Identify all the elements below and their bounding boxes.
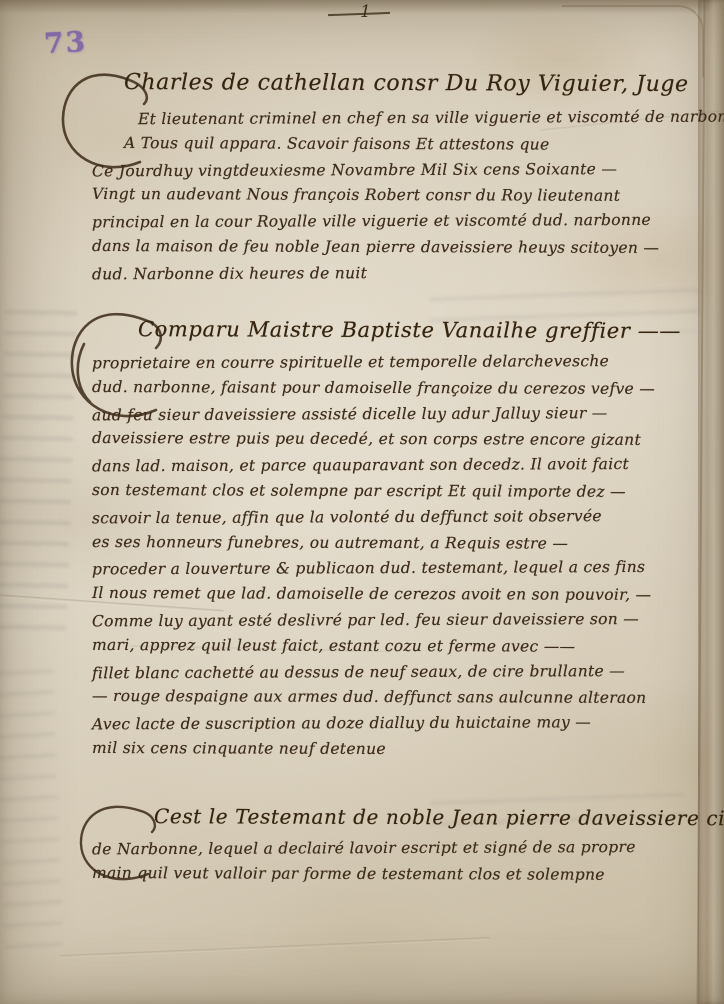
folio-number: 1 [328, 0, 398, 26]
manuscript-line: Il nous remet que lad. damoiselle de cer… [92, 581, 698, 609]
manuscript-line: Cest le Testemant de noble Jean pierre d… [92, 797, 698, 837]
manuscript-line: son testemant clos et solempne par escri… [92, 478, 698, 506]
fold-crease [60, 937, 490, 958]
manuscript-line: main quil veut valloir par forme de test… [92, 861, 698, 889]
manuscript-line: dans la maison de feu noble Jean pierre … [92, 234, 698, 262]
manuscript-line: — rouge despaigne aux armes dud. deffunc… [92, 684, 698, 712]
right-page-edge [698, 0, 724, 1004]
manuscript-scan-page: 73 1 Charles de cathellan consr Du Roy V… [0, 0, 724, 1004]
manuscript-line: mil six cens cinquante neuf detenue [92, 736, 698, 764]
manuscript-line: aud feu sieur daveissiere assisté dicell… [92, 400, 698, 428]
manuscript-line: Comparu Maistre Baptiste Vanailhe greffi… [92, 309, 698, 351]
manuscript-line: Charles de cathellan consr Du Roy Viguie… [92, 61, 698, 107]
manuscript-line: principal en la cour Royalle ville vigue… [92, 208, 698, 236]
manuscript-line: scavoir la tenue, affin que la volonté d… [92, 503, 698, 531]
paragraph-opening-attestation: Charles de cathellan consr Du Roy Viguie… [92, 62, 698, 287]
manuscript-line: A Tous quil appara. Scavoir faisons Et a… [92, 131, 698, 159]
manuscript-line: Ce Jourdhuy vingtdeuxiesme Novambre Mil … [92, 156, 698, 184]
manuscript-line: de Narbonne, lequel a declairé lavoir es… [92, 835, 698, 863]
manuscript-line: es ses honneurs funebres, ou autremant, … [92, 530, 698, 558]
manuscript-line: dud. narbonne, faisant pour damoiselle f… [92, 375, 698, 403]
manuscript-line: Vingt un audevant Nous françois Robert c… [92, 182, 698, 210]
paragraph-testament-declaration: Cest le Testemant de noble Jean pierre d… [92, 798, 698, 888]
archive-folio-stamp: 73 [43, 25, 88, 60]
manuscript-line: proprietaire en courre spirituelle et te… [92, 349, 698, 377]
manuscript-line: Avec lacte de suscription au doze diallu… [92, 710, 698, 738]
manuscript-line: proceder a louverture & publicaon dud. t… [92, 555, 698, 583]
folio-dash [328, 12, 390, 16]
ink-bleedthrough [0, 659, 63, 961]
manuscript-line: dans lad. maison, et parce quauparavant … [92, 452, 698, 480]
manuscript-line: fillet blanc cachetté au dessus de neuf … [92, 658, 698, 686]
manuscript-line: mari, apprez quil leust faict, estant co… [92, 633, 698, 661]
manuscript-line: Et lieutenant criminel en chef en sa vil… [92, 105, 698, 133]
paragraph-comparution: Comparu Maistre Baptiste Vanailhe greffi… [92, 310, 698, 763]
manuscript-line: daveissiere estre puis peu decedé, et so… [92, 426, 698, 454]
manuscript-line: Comme luy ayant esté deslivré par led. f… [92, 607, 698, 635]
manuscript-line: dud. Narbonne dix heures de nuit [92, 259, 698, 287]
